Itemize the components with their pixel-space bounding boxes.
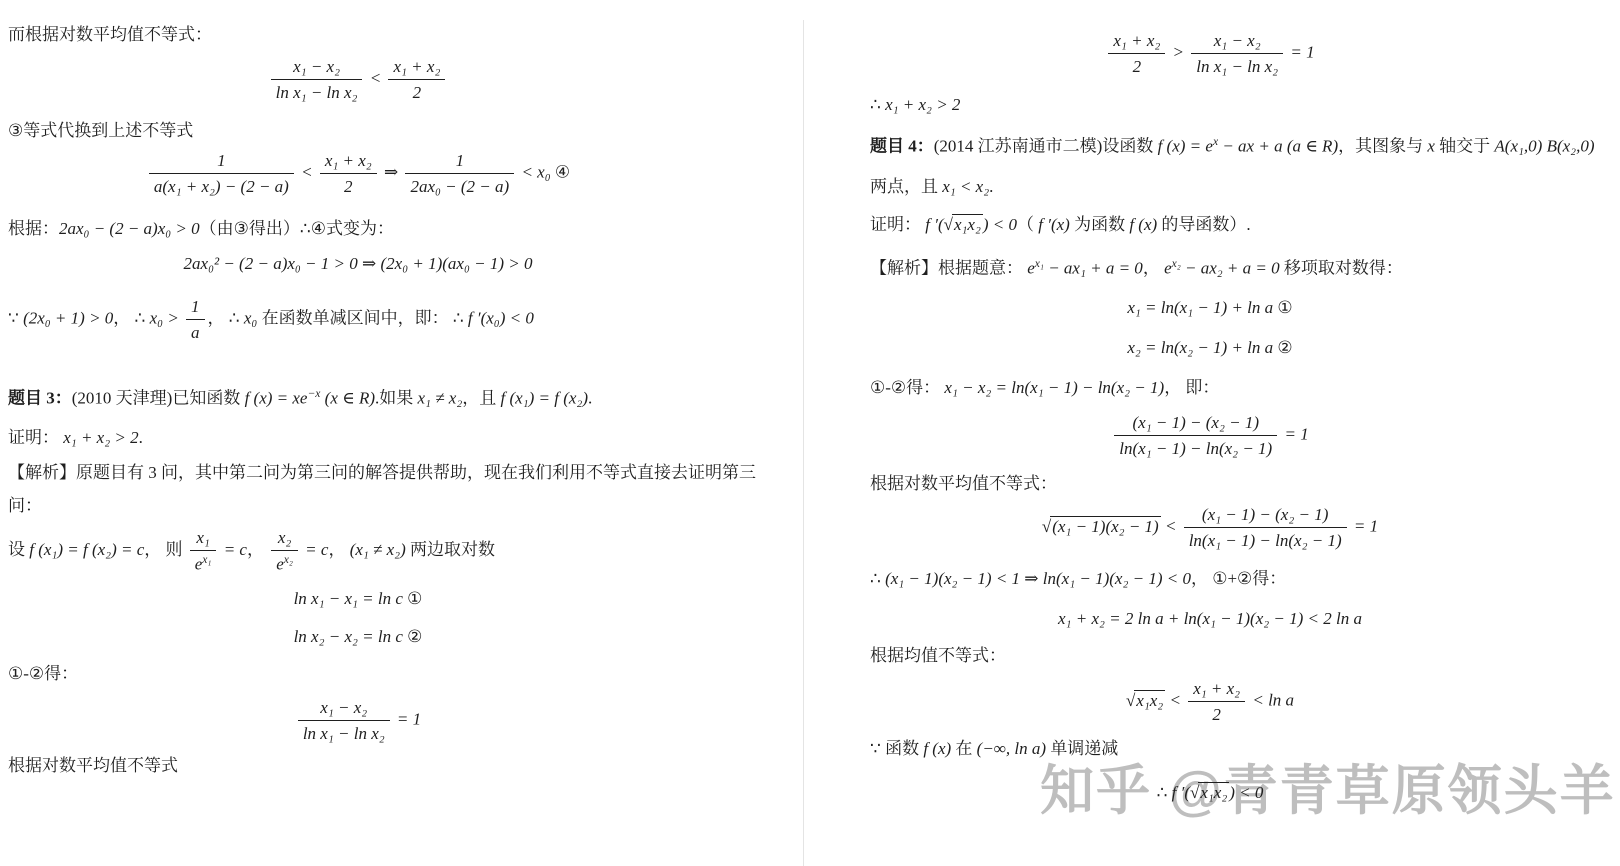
formula-line: ∴ x₁ + x₂ > 2 [870, 94, 960, 117]
formula-line: ∴ f ′(√x₁x₂) < 0 [870, 782, 1550, 805]
formula-line: (x₁ − 1) − (x₂ − 1)ln(x₁ − 1) − ln(x₂ − … [870, 412, 1550, 460]
problem-4-title: 题目 4：(2014 江苏南通市二模)设函数 f (x) = ex − ax +… [870, 134, 1594, 159]
text-line: 根据：2ax₀ − (2 − a)x₀ > 0（由③得出）∴④式变为： [8, 218, 394, 241]
text-line: ∵ 函数 f (x) 在 (−∞, ln a) 单调递减 [870, 738, 1118, 761]
formula-line: ln x₁ − x₁ = ln c ① [8, 588, 708, 611]
formula-line: 1a(x₁ + x₂) − (2 − a) < x₁ + x₂2 ⇒ 12ax₀… [8, 150, 708, 198]
right-column: x₁ + x₂2 > x₁ − x₂ln x₁ − ln x₂ = 1∴ x₁ … [870, 0, 1550, 866]
left-column: 而根据对数平均值不等式：x₁ − x₂ln x₁ − ln x₂ < x₁ + … [8, 0, 708, 866]
text-line: ①-②得： x₁ − x₂ = ln(x₁ − 1) − ln(x₂ − 1)，… [870, 377, 1219, 400]
formula-line: x₁ − x₂ln x₁ − ln x₂ < x₁ + x₂2 [8, 56, 708, 104]
document-page: 而根据对数平均值不等式：x₁ − x₂ln x₁ − ln x₂ < x₁ + … [0, 0, 1620, 866]
formula-line: x₁ = ln(x₁ − 1) + ln a ① [870, 297, 1550, 320]
formula-line: ∵ (2x₀ + 1) > 0， ∴ x₀ > 1a， ∴ x₀ 在函数单减区间… [8, 296, 534, 344]
page-divider [803, 20, 804, 866]
text-line: 【解析】根据题意： ex₁ − ax₁ + a = 0， ex₂ − ax₂ +… [870, 256, 1403, 281]
problem-3-title: 题目 3：(2010 天津理)已知函数 f (x) = xe−x (x ∈ R)… [8, 386, 592, 411]
formula-line: 2ax₀² − (2 − a)x₀ − 1 > 0 ⇒ (2x₀ + 1)(ax… [8, 253, 708, 276]
text-line: 证明： f ′(√x₁x₂) < 0（ f ′(x) 为函数 f (x) 的导函… [870, 214, 1251, 237]
text-line: 【解析】原题目有 3 问，其中第二问为第三问的解答提供帮助，现在我们利用不等式直… [8, 462, 756, 485]
formula-line: x₁ + x₂2 > x₁ − x₂ln x₁ − ln x₂ = 1 [870, 30, 1550, 78]
formula-line: ln x₂ − x₂ = ln c ② [8, 626, 708, 649]
text-line: ①-②得： [8, 663, 78, 686]
formula-line: x₂ = ln(x₂ − 1) + ln a ② [870, 337, 1550, 360]
text-line: 根据均值不等式： [870, 645, 1006, 668]
formula-line: √x₁x₂ < x₁ + x₂2 < ln a [870, 678, 1550, 726]
formula-line: x₁ − x₂ln x₁ − ln x₂ = 1 [8, 697, 708, 745]
text-line: 根据对数平均值不等式： [870, 473, 1057, 496]
text-line: 证明： x₁ + x₂ > 2. [8, 427, 143, 450]
text-line: 问： [8, 495, 42, 518]
formula-line: ∴ (x₁ − 1)(x₂ − 1) < 1 ⇒ ln(x₁ − 1)(x₂ −… [870, 568, 1286, 591]
text-line: 根据对数平均值不等式 [8, 755, 178, 778]
text-line: ③等式代换到上述不等式 [8, 120, 193, 143]
text-line: 两点，且 x₁ < x₂. [870, 176, 993, 199]
formula-line: 设 f (x₁) = f (x₂) = c， 则 x₁ex₁ = c， x₂ex… [8, 527, 495, 575]
formula-line: x₁ + x₂ = 2 ln a + ln(x₁ − 1)(x₂ − 1) < … [870, 608, 1550, 631]
formula-line: √(x₁ − 1)(x₂ − 1) < (x₁ − 1) − (x₂ − 1)l… [870, 504, 1550, 552]
text-line: 而根据对数平均值不等式： [8, 24, 212, 47]
